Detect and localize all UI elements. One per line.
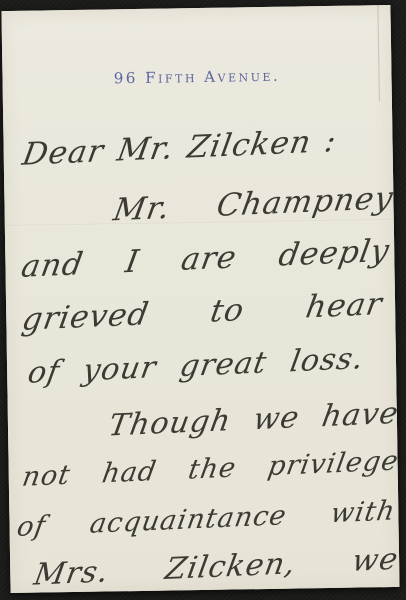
second-sheet-edge (377, 5, 380, 101)
handwritten-line: not had the privilege (20, 446, 401, 492)
letter-paper: 96 Fifth Avenue. Dear Mr. Zilcken : Mr. … (1, 5, 399, 593)
handwritten-line: of your great loss. (25, 342, 366, 390)
handwritten-line: Though we have (106, 397, 401, 443)
letterhead-address: 96 Fifth Avenue. (2, 65, 391, 89)
handwritten-line: of acquaintance with (15, 496, 398, 542)
handwritten-line: and I are deeply (19, 234, 393, 284)
handwritten-line: grieved to hear (20, 287, 386, 337)
handwritten-line: Mrs. Zilcken, we (32, 543, 401, 592)
handwritten-line-salutation: Dear Mr. Zilcken : (20, 124, 339, 172)
